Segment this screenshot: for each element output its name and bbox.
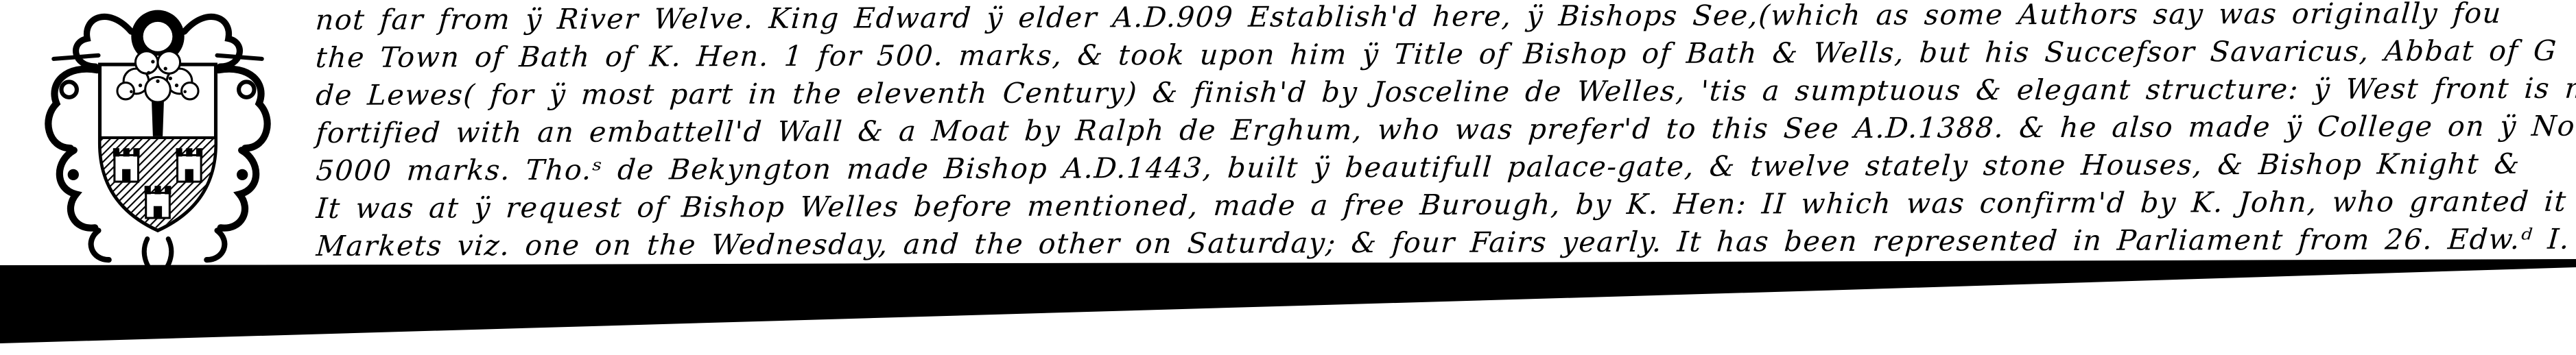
text-line-7: Markets viz. one on the Wednesday, and t…: [315, 221, 2576, 265]
document-page: not far from ÿ River Welve. King Edward …: [0, 0, 2576, 355]
text-line-6: It was at ÿ request of Bishop Welles bef…: [315, 183, 2576, 228]
cartouche-bottom-tassel: [144, 239, 171, 278]
castle-top-right: [176, 148, 202, 182]
text-line-2: the Town of Bath of K. Hen. 1 for 500. m…: [314, 32, 2576, 77]
text-line-4: fortified with an embattell'd Wall & a M…: [315, 108, 2576, 152]
engraved-text-block: not far from ÿ River Welve. King Edward …: [314, 0, 2576, 265]
text-line-3: de Lewes( for ÿ most part in the elevent…: [315, 70, 2576, 114]
castle-top-left: [113, 148, 140, 182]
coat-of-arms-icon: [43, 0, 273, 280]
text-line-5: 5000 marks. Tho.ˢ de Bekyngton made Bish…: [315, 145, 2576, 190]
castle-bottom: [145, 186, 172, 218]
